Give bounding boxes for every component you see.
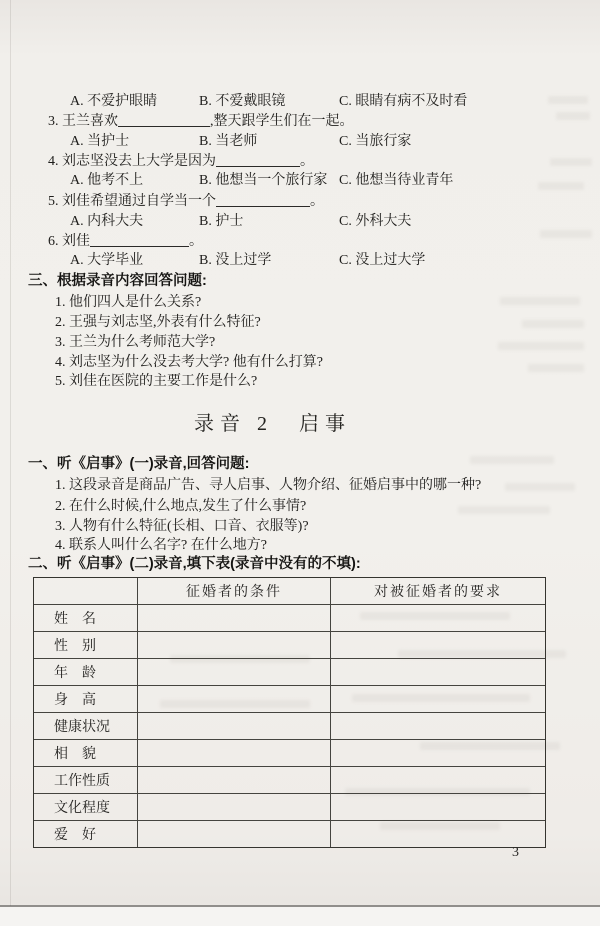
option-b: B. 他想当一个旅行家 bbox=[199, 169, 327, 189]
option-c: C. 眼睛有病不及时看 bbox=[339, 90, 467, 110]
section-three-question-3: 3. 王兰为什么考师范大学? bbox=[55, 331, 215, 351]
scanned-workbook-page: A. 不爱护眼睛 B. 不爱戴眼镜 C. 眼睛有病不及时看 3. 王兰喜欢,整天… bbox=[0, 0, 600, 926]
bleedthrough-mark bbox=[556, 112, 590, 120]
table-row: 姓 名 bbox=[34, 604, 545, 631]
table-row: 健康状况 bbox=[34, 712, 545, 739]
section-three-heading: 三、根据录音内容回答问题: bbox=[28, 269, 207, 290]
blank-line bbox=[216, 153, 300, 167]
row-label: 年 龄 bbox=[34, 659, 138, 685]
row-label: 姓 名 bbox=[34, 605, 138, 631]
empty-cell bbox=[331, 767, 545, 793]
option-a: A. 他考不上 bbox=[70, 169, 143, 189]
empty-cell bbox=[331, 821, 545, 847]
option-b: B. 当老师 bbox=[199, 130, 257, 150]
section-one-question-3: 3. 人物有什么特征(长相、口音、衣服等)? bbox=[55, 515, 309, 535]
table-row: 工作性质 bbox=[34, 766, 545, 793]
mcq-q3-options-row: A. 当护士 B. 当老师 C. 当旅行家 bbox=[0, 130, 600, 149]
option-a: A. 当护士 bbox=[70, 130, 129, 150]
option-b: B. 没上过学 bbox=[199, 249, 271, 269]
empty-cell bbox=[138, 713, 331, 739]
row-label: 相 貌 bbox=[34, 740, 138, 766]
section-one-heading: 一、听《启事》(一)录音,回答问题: bbox=[28, 452, 250, 473]
empty-cell bbox=[138, 605, 331, 631]
empty-cell bbox=[138, 821, 331, 847]
empty-cell bbox=[138, 632, 331, 658]
recording2-title: 录音 2 启事 bbox=[0, 407, 545, 436]
bleedthrough-mark bbox=[540, 230, 592, 238]
table-row: 身 高 bbox=[34, 685, 545, 712]
empty-cell bbox=[331, 686, 545, 712]
stem-text-pre: 3. 王兰喜欢 bbox=[48, 114, 118, 129]
empty-cell bbox=[138, 686, 331, 712]
option-a: A. 大学毕业 bbox=[70, 249, 143, 269]
option-b: B. 不爱戴眼镜 bbox=[199, 90, 285, 110]
mcq-q6-stem: 6. 刘佳。 bbox=[48, 230, 203, 250]
section-one-question-1: 1. 这段录音是商品广告、寻人启事、人物介绍、征婚启事中的哪一种? bbox=[55, 474, 481, 494]
empty-cell bbox=[138, 794, 331, 820]
scan-bottom-strip bbox=[0, 907, 600, 926]
empty-cell bbox=[138, 767, 331, 793]
blank-line bbox=[216, 193, 310, 207]
mcq-q2-options-row: A. 不爱护眼睛 B. 不爱戴眼镜 C. 眼睛有病不及时看 bbox=[0, 90, 600, 109]
mcq-q5-options-row: A. 内科大夫 B. 护士 C. 外科大夫 bbox=[0, 210, 600, 229]
row-label: 工作性质 bbox=[34, 767, 138, 793]
table-row: 爱 好 bbox=[34, 820, 545, 847]
empty-cell bbox=[331, 605, 545, 631]
blank-line bbox=[90, 233, 189, 247]
table-row: 性 别 bbox=[34, 631, 545, 658]
bleedthrough-mark bbox=[458, 506, 550, 514]
bleedthrough-mark bbox=[505, 483, 575, 491]
blank-line bbox=[118, 113, 210, 127]
row-label: 爱 好 bbox=[34, 821, 138, 847]
option-c: C. 他想当待业青年 bbox=[339, 169, 453, 189]
section-one-question-2: 2. 在什么时候,什么地点,发生了什么事情? bbox=[55, 495, 306, 515]
option-c: C. 没上过大学 bbox=[339, 249, 425, 269]
section-three-question-5: 5. 刘佳在医院的主要工作是什么? bbox=[55, 370, 257, 390]
empty-cell bbox=[331, 632, 545, 658]
section-three-question-4: 4. 刘志坚为什么没去考大学? 他有什么打算? bbox=[55, 351, 323, 371]
stem-text-pre: 4. 刘志坚没去上大学是因为 bbox=[48, 154, 216, 169]
table-header-cell-conditions: 征婚者的条件 bbox=[138, 578, 331, 604]
mcq-q5-stem: 5. 刘佳希望通过自学当一个。 bbox=[48, 190, 324, 210]
bleedthrough-mark bbox=[522, 320, 584, 328]
table-row: 年 龄 bbox=[34, 658, 545, 685]
option-c: C. 外科大夫 bbox=[339, 210, 411, 230]
stem-text-pre: 5. 刘佳希望通过自学当一个 bbox=[48, 194, 216, 209]
option-b: B. 护士 bbox=[199, 210, 243, 230]
row-label: 身 高 bbox=[34, 686, 138, 712]
section-two-heading: 二、听《启事》(二)录音,填下表(录音中没有的不填): bbox=[28, 552, 361, 573]
table-row: 相 貌 bbox=[34, 739, 545, 766]
bleedthrough-mark bbox=[528, 364, 584, 372]
stem-text-pre: 6. 刘佳 bbox=[48, 234, 90, 249]
table-header-cell-empty bbox=[34, 578, 138, 604]
stem-text-post: 。 bbox=[310, 194, 324, 209]
empty-cell bbox=[331, 659, 545, 685]
mcq-q4-stem: 4. 刘志坚没去上大学是因为。 bbox=[48, 150, 314, 170]
mcq-q6-options-row: A. 大学毕业 B. 没上过学 C. 没上过大学 bbox=[0, 249, 600, 268]
page-number: 3 bbox=[512, 845, 519, 861]
option-a: A. 内科大夫 bbox=[70, 210, 143, 230]
bleedthrough-mark bbox=[498, 342, 584, 350]
bleedthrough-mark bbox=[550, 158, 592, 166]
row-label: 文化程度 bbox=[34, 794, 138, 820]
bleedthrough-mark bbox=[470, 456, 554, 464]
option-a: A. 不爱护眼睛 bbox=[70, 90, 157, 110]
empty-cell bbox=[138, 740, 331, 766]
table-header-row: 征婚者的条件 对被征婚者的要求 bbox=[34, 578, 545, 604]
empty-cell bbox=[138, 659, 331, 685]
row-label: 健康状况 bbox=[34, 713, 138, 739]
empty-cell bbox=[331, 740, 545, 766]
table-header-cell-requirements: 对被征婚者的要求 bbox=[331, 578, 545, 604]
section-three-question-1: 1. 他们四人是什么关系? bbox=[55, 291, 201, 311]
option-c: C. 当旅行家 bbox=[339, 130, 411, 150]
table-row: 文化程度 bbox=[34, 793, 545, 820]
row-label: 性 别 bbox=[34, 632, 138, 658]
stem-text-post: 。 bbox=[300, 154, 314, 169]
section-one-question-4: 4. 联系人叫什么名字? 在什么地方? bbox=[55, 534, 267, 554]
section-three-question-2: 2. 王强与刘志坚,外表有什么特征? bbox=[55, 311, 261, 331]
empty-cell bbox=[331, 713, 545, 739]
mcq-q3-stem: 3. 王兰喜欢,整天跟学生们在一起。 bbox=[48, 110, 354, 130]
stem-text-post: ,整天跟学生们在一起。 bbox=[210, 114, 354, 129]
mcq-q4-options-row: A. 他考不上 B. 他想当一个旅行家 C. 他想当待业青年 bbox=[0, 169, 600, 188]
bleedthrough-mark bbox=[500, 297, 580, 305]
marriage-ad-table: 征婚者的条件 对被征婚者的要求 姓 名 性 别 年 龄 身 高 健康状况 bbox=[33, 577, 546, 848]
stem-text-post: 。 bbox=[189, 234, 203, 249]
empty-cell bbox=[331, 794, 545, 820]
